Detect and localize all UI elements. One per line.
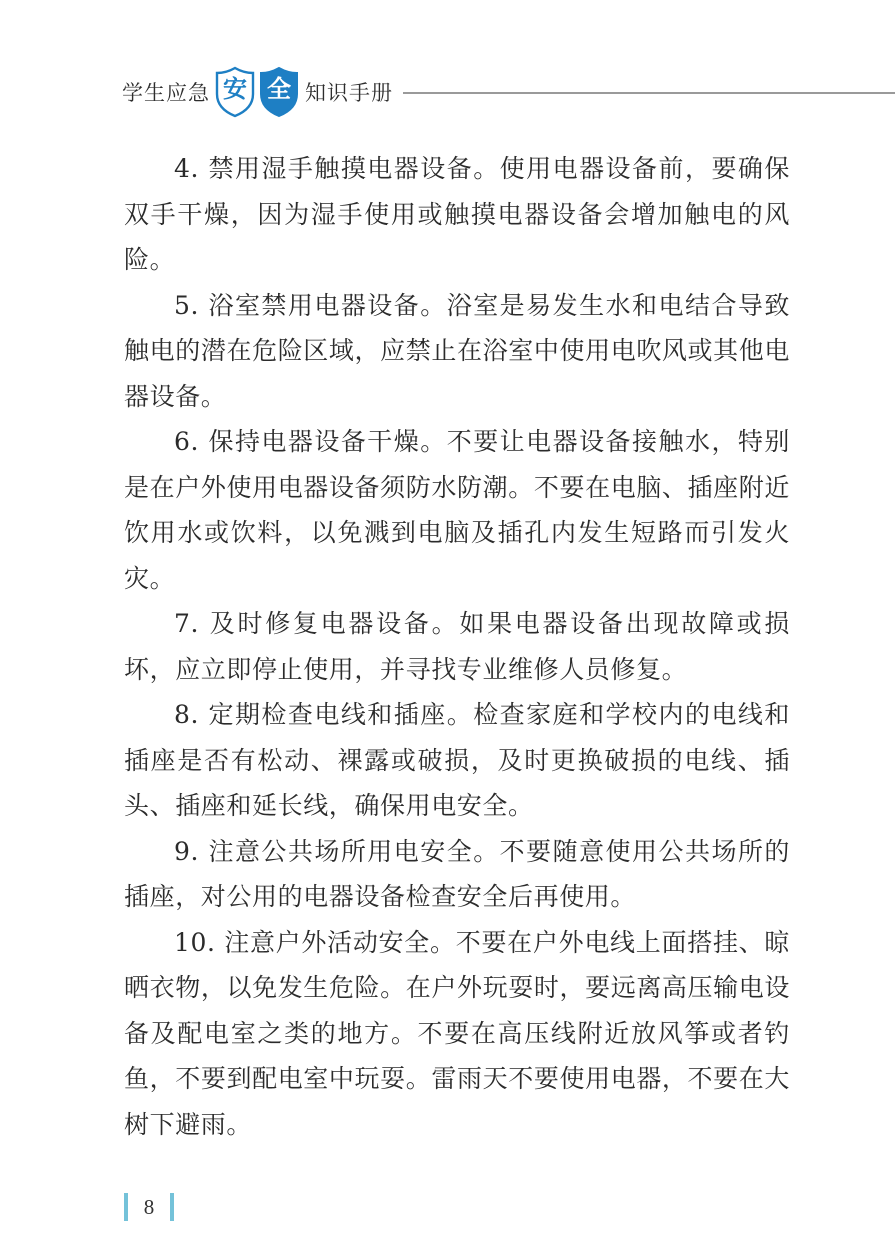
paragraph-item-9: 9. 注意公共场所用电安全。不要随意使用公共场所的插座，对公用的电器设备检查安全… — [124, 829, 790, 920]
header-title-suffix: 知识手册 — [305, 77, 393, 107]
footer-bar-right — [170, 1193, 174, 1221]
paragraph-item-6: 6. 保持电器设备干燥。不要让电器设备接触水，特别是在户外使用电器设备须防水防潮… — [124, 419, 790, 601]
paragraph-item-7: 7. 及时修复电器设备。如果电器设备出现故障或损坏，应立即停止使用，并寻找专业维… — [124, 601, 790, 692]
page-number: 8 — [128, 1195, 170, 1220]
page-footer: 8 — [124, 1192, 174, 1222]
safety-shield-logo: 安 全 — [214, 66, 302, 118]
header-title-prefix: 学生应急 — [122, 77, 210, 107]
header-divider — [403, 92, 895, 94]
shield-char-quan: 全 — [258, 76, 300, 102]
paragraph-item-5: 5. 浴室禁用电器设备。浴室是易发生水和电结合导致触电的潜在危险区域，应禁止在浴… — [124, 283, 790, 420]
paragraph-item-8: 8. 定期检查电线和插座。检查家庭和学校内的电线和插座是否有松动、裸露或破损，及… — [124, 692, 790, 829]
shield-outline-icon: 安 — [214, 66, 256, 118]
paragraph-item-10: 10. 注意户外活动安全。不要在户外电线上面搭挂、晾晒衣物，以免发生危险。在户外… — [124, 920, 790, 1148]
shield-filled-icon: 全 — [258, 66, 300, 118]
body-text: 4. 禁用湿手触摸电器设备。使用电器设备前，要确保双手干燥，因为湿手使用或触摸电… — [124, 146, 790, 1147]
running-header: 学生应急 安 全 知识手册 — [122, 66, 895, 118]
shield-char-an: 安 — [214, 76, 256, 102]
paragraph-item-4: 4. 禁用湿手触摸电器设备。使用电器设备前，要确保双手干燥，因为湿手使用或触摸电… — [124, 146, 790, 283]
